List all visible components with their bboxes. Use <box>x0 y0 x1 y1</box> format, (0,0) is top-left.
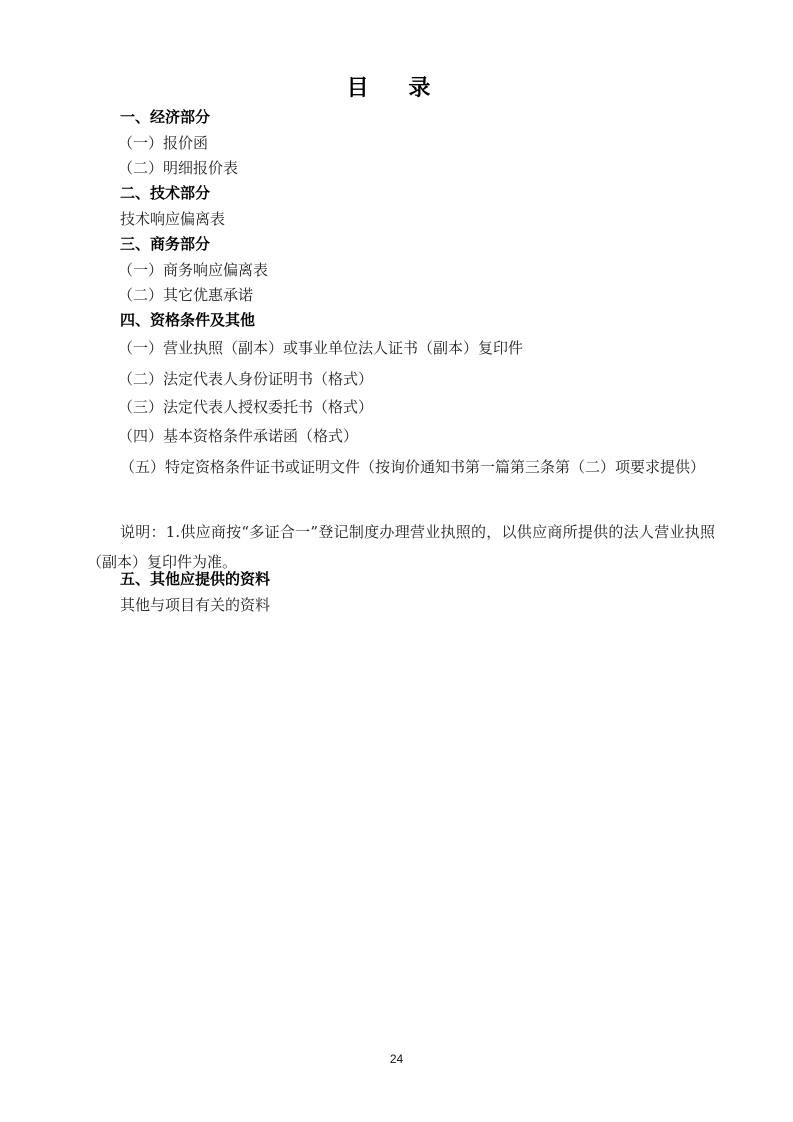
toc-item: （三）法定代表人授权委托书（格式） <box>118 397 373 417</box>
section-heading-technical: 二、技术部分 <box>120 183 210 203</box>
toc-item: （四）基本资格条件承诺函（格式） <box>118 426 358 446</box>
section-heading-economic: 一、经济部分 <box>120 107 210 127</box>
toc-item: （一）报价函 <box>118 133 208 153</box>
note-paragraph: 说明：1.供应商按“多证合一”登记制度办理营业执照的，以供应商所提供的法人营业执… <box>87 517 715 577</box>
page-title: 目 录 <box>0 72 793 106</box>
toc-item: （一）商务响应偏离表 <box>118 260 268 280</box>
page-number: 24 <box>0 1052 793 1066</box>
section-heading-business: 三、商务部分 <box>120 234 210 254</box>
toc-item-wrapped: （五）特定资格条件证书或证明文件（按询价通知书第一篇第三条第（二）项要求提供） <box>87 452 715 482</box>
section-heading-qualification: 四、资格条件及其他 <box>120 310 255 330</box>
toc-item: （二）其它优惠承诺 <box>118 285 253 305</box>
toc-item: 其他与项目有关的资料 <box>120 595 270 615</box>
document-page: 目 录 一、经济部分 （一）报价函 （二）明细报价表 二、技术部分 技术响应偏离… <box>0 0 793 1122</box>
toc-item: 技术响应偏离表 <box>120 209 225 229</box>
toc-item: （二）法定代表人身份证明书（格式） <box>118 369 373 389</box>
toc-item: （二）明细报价表 <box>118 158 238 178</box>
toc-item: （一）营业执照（副本）或事业单位法人证书（副本）复印件 <box>118 338 523 358</box>
section-heading-other: 五、其他应提供的资料 <box>120 569 270 589</box>
